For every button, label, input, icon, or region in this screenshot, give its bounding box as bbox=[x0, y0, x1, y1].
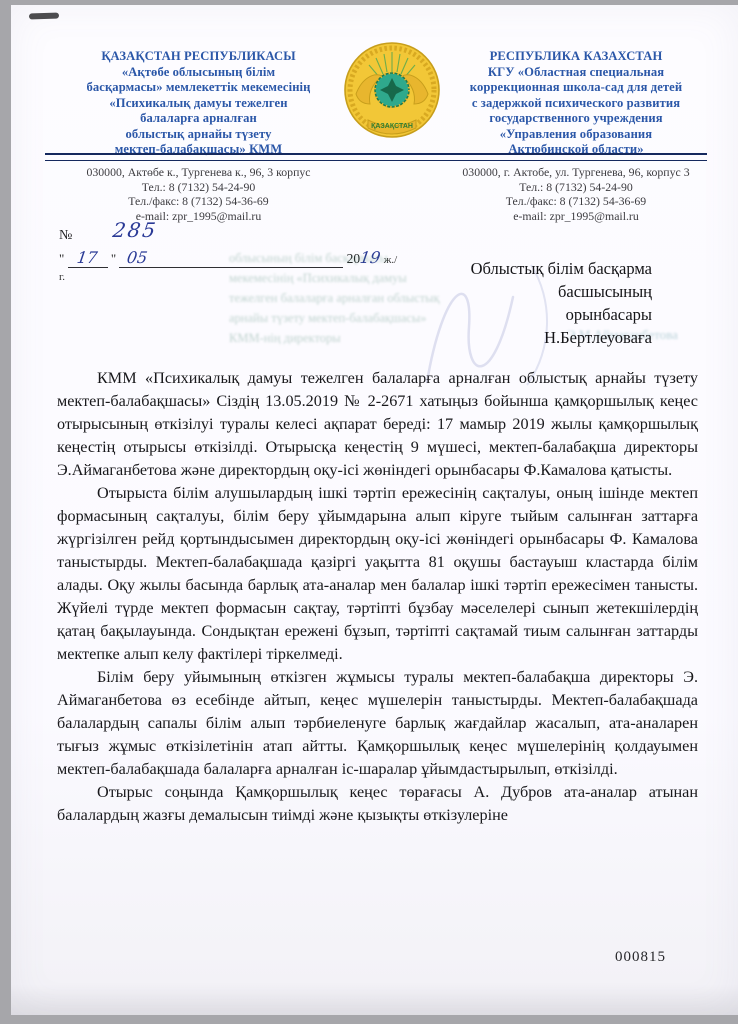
org-line: балаларға арналған bbox=[41, 111, 356, 127]
contact-line: Тел./факс: 8 (7132) 54-36-69 bbox=[426, 194, 726, 209]
org-line: басқармасы» мемлекеттік мекемесінің bbox=[41, 80, 356, 96]
recipient-line: басшысының bbox=[392, 280, 652, 303]
contact-line: Тел.: 8 (7132) 54-24-90 bbox=[426, 180, 726, 195]
contact-line: Тел./факс: 8 (7132) 54-36-69 bbox=[41, 194, 356, 209]
contact-block-kazakh: 030000, Актөбе к., Тургенева к., 96, 3 к… bbox=[41, 165, 356, 223]
org-line: ҚАЗАҚСТАН РЕСПУБЛИКАСЫ bbox=[41, 49, 356, 65]
handwritten-day: 17 bbox=[76, 248, 99, 267]
org-line: РЕСПУБЛИКА КАЗАХСТАН bbox=[426, 49, 726, 65]
quote-mark: " bbox=[111, 251, 116, 266]
handwritten-number: 285 bbox=[111, 218, 159, 242]
recipient-block: Облыстық білім басқарма басшысының орынб… bbox=[392, 257, 652, 349]
number-label: № bbox=[59, 228, 72, 243]
org-line: государственного учреждения bbox=[426, 111, 726, 127]
scanned-letter: ҚАЗАҚСТАН РЕСПУБЛИКАСЫ «Ақтөбе облысының… bbox=[0, 0, 738, 1024]
reference-date-row: " 17 " 05 2019 ж./г. bbox=[59, 248, 399, 276]
org-line: «Ақтөбе облысының білім bbox=[41, 65, 356, 81]
form-number: 000815 bbox=[615, 949, 666, 966]
handwritten-month: 05 bbox=[126, 248, 149, 267]
org-line: с задержкой психического развития bbox=[426, 96, 726, 112]
body-paragraph: Отырыста білім алушылардың ішкі тәртіп е… bbox=[57, 482, 698, 666]
body-paragraph: Отырыс соңында Қамқоршылық кеңес төрағас… bbox=[57, 781, 698, 827]
recipient-line: Н.Бертлеуоваға bbox=[392, 326, 652, 349]
contact-block-russian: 030000, г. Актобе, ул. Тургенева, 96, ко… bbox=[426, 165, 726, 223]
org-line: КГУ «Областная специальная bbox=[426, 65, 726, 81]
contact-line: Тел.: 8 (7132) 54-24-90 bbox=[41, 180, 356, 195]
quote-mark: " bbox=[59, 251, 64, 266]
org-line: облыстық арнайы түзету bbox=[41, 127, 356, 143]
emblem-banner-text: ҚАЗАҚСТАН bbox=[371, 123, 413, 130]
letterhead-org-russian: РЕСПУБЛИКА КАЗАХСТАН КГУ «Областная спец… bbox=[426, 49, 726, 158]
scanner-artifact-mark bbox=[29, 12, 59, 19]
reference-block: № 285 " 17 " 05 2019 ж./г. bbox=[59, 220, 399, 276]
org-line: коррекционная школа-сад для детей bbox=[426, 80, 726, 96]
letterhead-org-kazakh: ҚАЗАҚСТАН РЕСПУБЛИКАСЫ «Ақтөбе облысының… bbox=[41, 49, 356, 158]
contact-line: 030000, г. Актобе, ул. Тургенева, 96, ко… bbox=[426, 165, 726, 180]
org-line: «Психикалық дамуы тежелген bbox=[41, 96, 356, 112]
body-paragraph: Білім беру уйымының өткізген жұмысы тура… bbox=[57, 666, 698, 781]
handwritten-year: 19 bbox=[359, 248, 382, 267]
letterhead-divider-rule bbox=[45, 153, 707, 161]
body-paragraph: КММ «Психикалық дамуы тежелген балаларға… bbox=[57, 367, 698, 482]
paper-sheet: ҚАЗАҚСТАН РЕСПУБЛИКАСЫ «Ақтөбе облысының… bbox=[11, 5, 738, 1015]
recipient-line: Облыстық білім басқарма bbox=[392, 257, 652, 280]
letter-body: КММ «Психикалық дамуы тежелген балаларға… bbox=[57, 367, 698, 827]
reference-number-row: № 285 bbox=[59, 220, 399, 248]
contact-line: 030000, Актөбе к., Тургенева к., 96, 3 к… bbox=[41, 165, 356, 180]
recipient-line: орынбасары bbox=[392, 303, 652, 326]
org-line: «Управления образования bbox=[426, 127, 726, 143]
contact-line: e-mail: zpr_1995@mail.ru bbox=[426, 209, 726, 224]
